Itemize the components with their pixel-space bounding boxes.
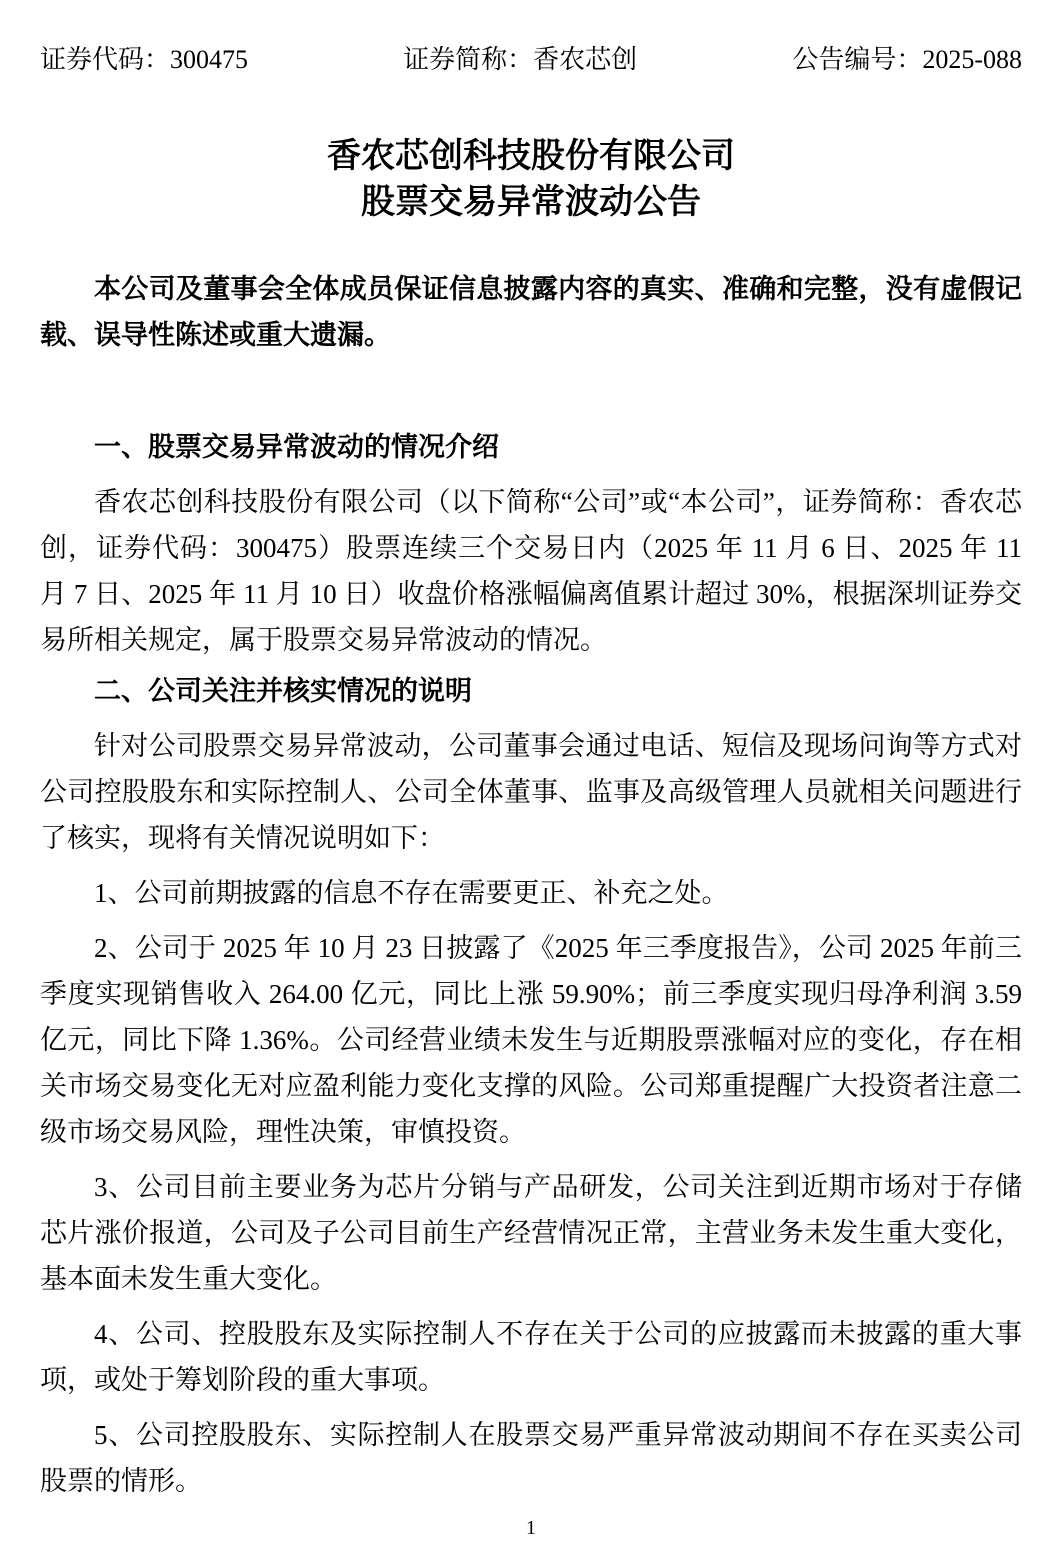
announcement-title: 股票交易异常波动公告 (40, 180, 1022, 226)
announcement-body: 一、股票交易异常波动的情况介绍 香农芯创科技股份有限公司（以下简称“公司”或“本… (40, 424, 1022, 1504)
document-header: 证券代码：300475 证券简称：香农芯创 公告编号：2025-088 (40, 42, 1022, 78)
item-4-paragraph: 4、公司、控股股东及实际控制人不存在关于公司的应披露而未披露的重大事项，或处于筹… (40, 1311, 1022, 1403)
item-3-paragraph: 3、公司目前主要业务为芯片分销与产品研发，公司关注到近期市场对于存储芯片涨价报道… (40, 1164, 1022, 1302)
company-name-title: 香农芯创科技股份有限公司 (40, 134, 1022, 180)
section-2-intro-paragraph: 针对公司股票交易异常波动，公司董事会通过电话、短信及现场问询等方式对公司控股股东… (40, 723, 1022, 861)
disclaimer-statement: 本公司及董事会全体成员保证信息披露内容的真实、准确和完整，没有虚假记载、误导性陈… (40, 266, 1022, 358)
item-1-paragraph: 1、公司前期披露的信息不存在需要更正、补充之处。 (40, 870, 1022, 916)
announcement-number: 公告编号：2025-088 (792, 42, 1022, 78)
announcement-page: 证券代码：300475 证券简称：香农芯创 公告编号：2025-088 香农芯创… (0, 0, 1062, 1560)
document-title: 香农芯创科技股份有限公司 股票交易异常波动公告 (40, 134, 1022, 226)
section-1-paragraph: 香农芯创科技股份有限公司（以下简称“公司”或“本公司”，证券简称：香农芯创，证券… (40, 479, 1022, 663)
section-1-heading: 一、股票交易异常波动的情况介绍 (40, 424, 1022, 470)
item-5-paragraph: 5、公司控股股东、实际控制人在股票交易严重异常波动期间不存在买卖公司股票的情形。 (40, 1412, 1022, 1504)
page-number: 1 (0, 1516, 1062, 1540)
item-2-paragraph: 2、公司于 2025 年 10 月 23 日披露了《2025 年三季度报告》，公… (40, 925, 1022, 1155)
section-2-heading: 二、公司关注并核实情况的说明 (40, 668, 1022, 714)
stock-short-name: 证券简称：香农芯创 (403, 42, 637, 78)
stock-code: 证券代码：300475 (40, 42, 248, 78)
